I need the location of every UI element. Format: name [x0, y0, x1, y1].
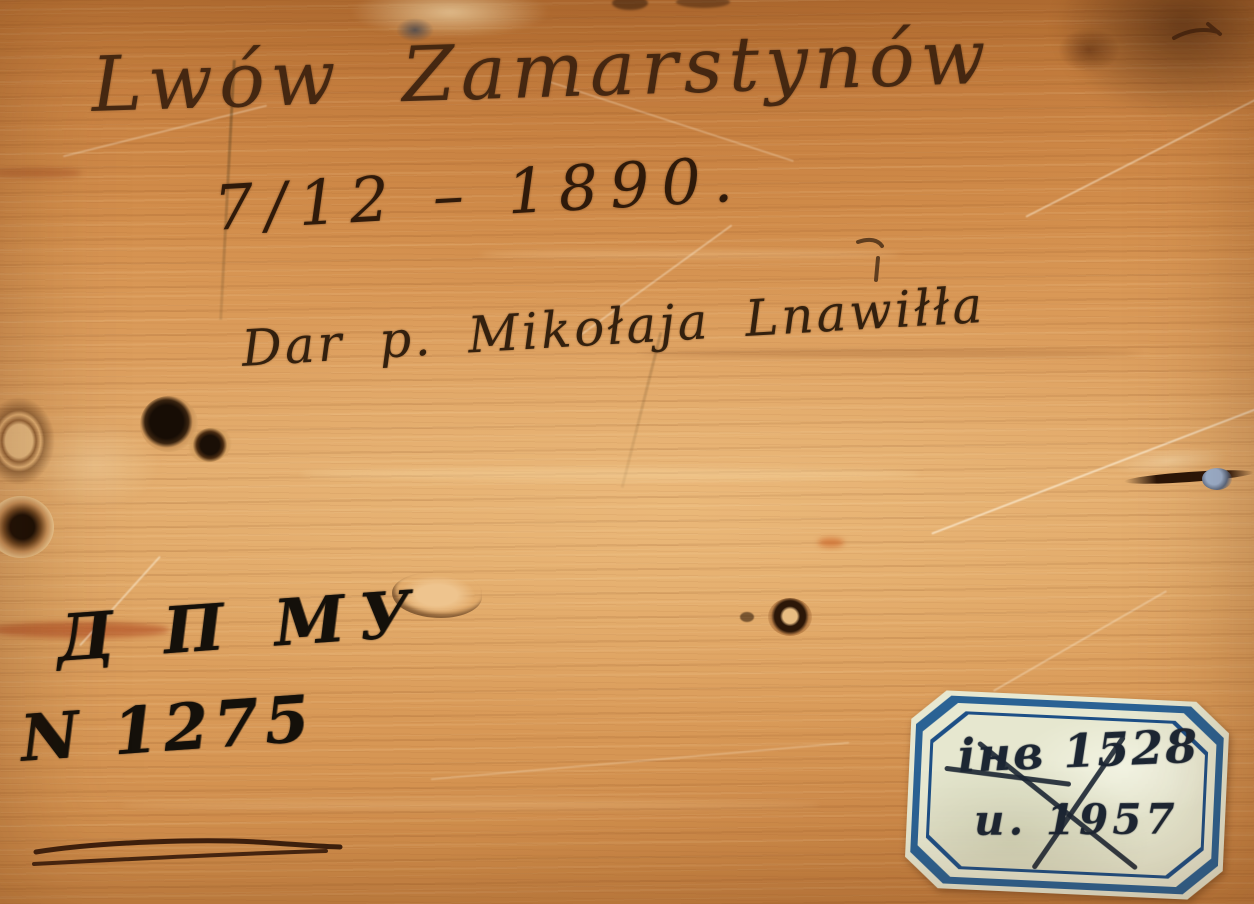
wood-panel-photo: Lwów Zamarstynów 7/12 – 1890. Dar p. Mik…: [0, 0, 1254, 904]
photo-vignette: [0, 0, 1254, 904]
